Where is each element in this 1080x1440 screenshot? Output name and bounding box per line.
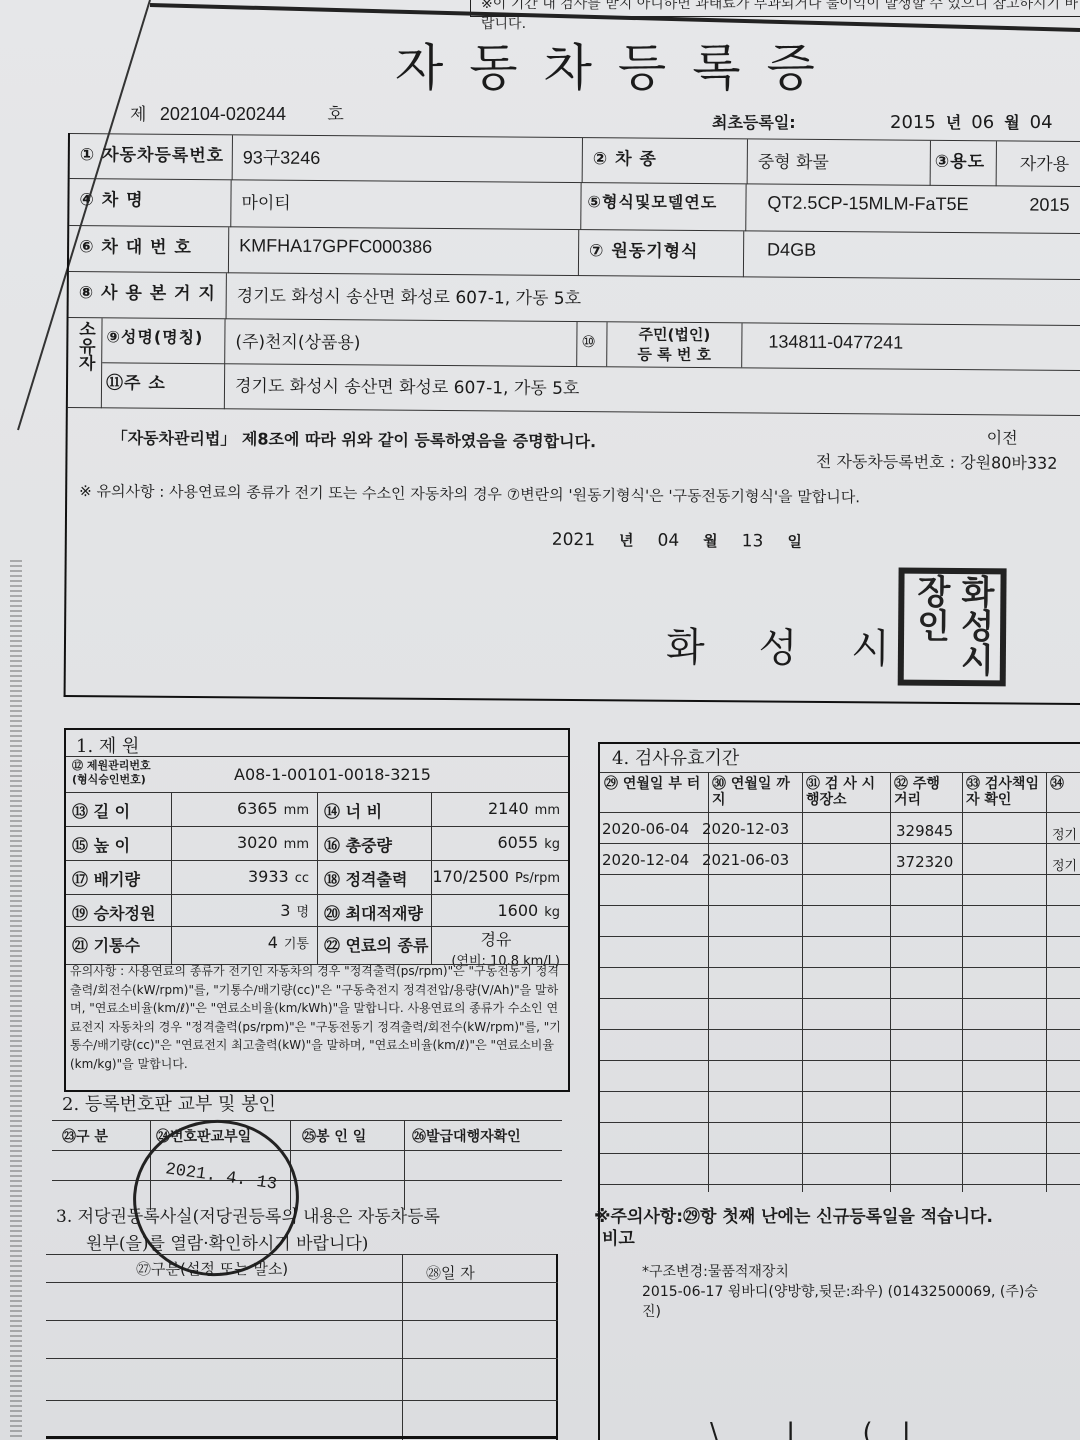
grid-line xyxy=(600,874,1080,875)
reg-suffix: 호 xyxy=(327,105,343,125)
year-unit: 년 xyxy=(946,113,961,132)
base-label: ⑧ 사 용 본 거 지 xyxy=(69,272,227,319)
inspection-title: 4. 검사유효기간 xyxy=(600,742,1080,774)
mgmt-no-label: ⑫ 제원관리번호 (형식승인번호) xyxy=(72,759,151,787)
spec-value: 170/2500Ps/rpm xyxy=(432,861,568,886)
first-reg-year: 2015 xyxy=(890,112,936,133)
registration-number: 제 202104-020244 호 xyxy=(130,100,344,125)
lien-section: 3. 저당권등록사실(저당권등록의 내용은 자동차등록 원부(을)를 열람·확인… xyxy=(46,1200,558,1440)
spec-label: ⑯ 총중량 xyxy=(318,827,432,861)
vehicle-type-label: ② 차 종 xyxy=(583,138,748,184)
plates-header: ㉖발급대행자확인 xyxy=(412,1126,521,1146)
inspection-header: ㉙ 연월일 부 터 xyxy=(604,776,704,792)
spec-label: ㉒ 연료의 종류 xyxy=(318,927,432,965)
grid-line xyxy=(600,1153,1080,1154)
grid-line xyxy=(600,905,1080,906)
spec-label: ⑱ 정격출력 xyxy=(318,861,432,895)
spec-value: 3명 xyxy=(172,895,318,927)
owner-name-value: (주)천지(상품용) xyxy=(225,319,577,366)
grid-line xyxy=(962,772,963,1192)
base-value: 경기도 화성시 송산면 화성로 607-1, 가동 5호 xyxy=(227,273,582,309)
vehicle-info-table: ① 자동차등록번호 93구3246 ② 차 종 중형 화물 ③용도 자가용 ④ … xyxy=(64,133,1080,705)
signature-scribble: \ l (l xyxy=(710,1418,940,1440)
spec-label: ⑮ 높 이 xyxy=(66,827,172,861)
spec-label: ⑰ 배기량 xyxy=(66,861,172,895)
specs-note: 유의사항 : 사용연료의 종류가 전기인 자동차의 경우 "정격출력(ps/rp… xyxy=(70,962,564,1073)
grid-line xyxy=(600,843,1080,844)
engine-value: D4GB xyxy=(757,231,816,260)
owner-id-value: 134811-0477241 xyxy=(758,323,903,353)
plates-section: 2. 등록번호판 교부 및 봉인 ㉓구 분㉔번호판교부일㉕봉 인 일㉖발급대행자… xyxy=(52,1088,562,1188)
first-reg-label: 최초등록일: xyxy=(712,110,796,133)
spec-label: ⑳ 최대적재량 xyxy=(318,895,432,927)
inspection-note: ※주의사항:㉙항 첫째 난에는 신규등록일을 적습니다. xyxy=(594,1202,993,1227)
spec-label: ⑬ 길 이 xyxy=(66,793,172,827)
grid-line xyxy=(600,812,1080,813)
owner-id-label: 주민(법인) 등 록 번 호 xyxy=(607,322,742,367)
specs-title: 1. 제 원 xyxy=(66,730,568,756)
model-year-value: 2015 xyxy=(1019,186,1069,215)
grid-line xyxy=(600,1029,1080,1030)
inspection-from: 2020-06-04 xyxy=(602,820,689,838)
use-label: ③용도 xyxy=(931,141,997,187)
spec-label: ㉑ 기통수 xyxy=(66,927,172,965)
inspection-header: ㉞ xyxy=(1050,776,1080,792)
spec-label: ⑭ 너 비 xyxy=(318,793,432,827)
grid-line xyxy=(1046,772,1047,1192)
reg-no-label: ① 자동차등록번호 xyxy=(70,134,233,180)
toner-edge xyxy=(10,560,22,1440)
reg-prefix: 제 xyxy=(130,105,146,125)
vehicle-type-value: 중형 화물 xyxy=(748,139,931,185)
lien-title-1: 3. 저당권등록사실(저당권등록의 내용은 자동차등록 xyxy=(46,1200,558,1227)
vehicle-name-label: ④ 차 명 xyxy=(69,179,231,227)
official-seal-icon: 화성시장인 xyxy=(898,568,1007,687)
lien-title-2: 원부(을)를 열람·확인하시기 바랍니다) xyxy=(46,1227,558,1254)
vin-label: ⑥ 차 대 번 호 xyxy=(69,226,229,273)
caution-note: ※ 유의사항 : 사용연료의 종류가 전기 또는 수소인 자동차의 경우 ⑦변란… xyxy=(79,480,860,507)
spec-value: 3020mm xyxy=(172,827,318,861)
reg-number-value: 202104-020244 xyxy=(160,104,286,124)
month-unit: 월 xyxy=(1004,113,1019,132)
vehicle-name-value: 마이티 xyxy=(231,180,581,230)
model-value: QT2.5CP-15MLM-FaT5E xyxy=(757,184,968,215)
engine-label: ⑦ 원동기형식 xyxy=(579,230,744,277)
grid-line xyxy=(890,772,891,1192)
inspection-mileage: 329845 xyxy=(896,822,953,840)
lien-header-type: ㉗구분(설정 또는 말소) xyxy=(136,1258,288,1279)
previous-reg-number: 전 자동차등록번호 : 강원80바332 xyxy=(816,449,1058,474)
row-owner: 소유자 ⑨성명(명칭) (주)천지(상품용) ⑩ 주민(법인) 등 록 번 호 … xyxy=(68,317,1080,416)
spec-row: ⑰ 배기량3933cc⑱ 정격출력170/2500Ps/rpm xyxy=(66,860,568,895)
spec-value: 6055kg xyxy=(432,827,568,852)
spec-label: ⑲ 승차정원 xyxy=(66,895,172,927)
owner-addr-label: ⑪주 소 xyxy=(102,362,225,409)
inspection-to: 2020-12-03 xyxy=(702,820,789,838)
spec-row: ㉑ 기통수4기통㉒ 연료의 종류경유(연비: 10.8 km/L) xyxy=(66,926,568,965)
spec-row: ⑲ 승차정원3명⑳ 최대적재량1600kg xyxy=(66,894,568,927)
spec-value: 3933cc xyxy=(172,861,318,895)
top-notice: ※이 기간 내 검사를 받지 아니하면 과태료가 부과되거나 불이익이 발생할 … xyxy=(470,0,1080,17)
grid-line xyxy=(600,1184,1080,1185)
inspection-kind: 정기 xyxy=(1052,855,1077,874)
inspection-to: 2021-06-03 xyxy=(702,851,789,869)
spec-value: 2140mm xyxy=(432,793,568,818)
grid-line xyxy=(600,1122,1080,1123)
document-title: 자동차등록증 xyxy=(395,28,841,100)
first-reg-month: 06 xyxy=(971,112,994,133)
lien-header-date: ㉘일 자 xyxy=(426,1262,475,1283)
grid-line xyxy=(600,967,1080,968)
plates-header: ㉓구 분 xyxy=(62,1126,108,1146)
inspection-section: 4. 검사유효기간 ㉙ 연월일 부 터㉚ 연월일 까 지㉛ 검 사 시행장소㉜ … xyxy=(598,742,1080,1440)
certification-statement: 「자동차관리법」 제8조에 따라 위와 같이 등록하였음을 증명합니다. xyxy=(112,425,597,452)
owner-name-label: ⑨성명(명칭) xyxy=(102,318,225,363)
remarks-label: 비고 xyxy=(602,1224,635,1249)
grid-line xyxy=(802,772,803,1192)
grid-line xyxy=(600,1060,1080,1061)
first-reg-day: 04 xyxy=(1030,112,1053,133)
inspection-kind: 정기 xyxy=(1052,824,1077,843)
grid-line xyxy=(600,772,1080,773)
inspection-mileage: 372320 xyxy=(896,853,953,871)
inspection-header: ㉛ 검 사 시행장소 xyxy=(806,776,886,808)
specs-table: 1. 제 원 ⑫ 제원관리번호 (형식승인번호) A08-1-00101-001… xyxy=(64,728,570,1092)
grid-line xyxy=(600,936,1080,937)
grid-line xyxy=(600,1091,1080,1092)
reg-no-value: 93구3246 xyxy=(233,135,583,183)
spec-value: 4기통 xyxy=(172,927,318,965)
transfer-label: 이전 xyxy=(987,425,1018,448)
spec-row: ⑬ 길 이6365mm⑭ 너 비2140mm xyxy=(66,792,568,827)
issue-date: 2021년04월13일 xyxy=(552,529,826,552)
inspection-from: 2020-12-04 xyxy=(602,851,689,869)
model-label: ⑤형식및모델연도 xyxy=(581,183,746,231)
spec-row: ⑮ 높 이3020mm⑯ 총중량6055kg xyxy=(66,826,568,861)
registration-certificate: ※이 기간 내 검사를 받지 아니하면 과태료가 부과되거나 불이익이 발생할 … xyxy=(0,0,1080,1440)
mgmt-no-value: A08-1-00101-0018-3215 xyxy=(234,765,431,784)
spec-value: 6365mm xyxy=(172,793,318,827)
plates-header: ㉕봉 인 일 xyxy=(302,1126,366,1146)
owner-addr-value: 경기도 화성시 송산면 화성로 607-1, 가동 5호 xyxy=(225,363,580,399)
owner-group-label: 소유자 xyxy=(68,318,103,408)
inspection-header: ㉝ 검사책임자 확인 xyxy=(966,776,1042,808)
remarks: *구조변경:물품적재장치 2015-06-17 윙바디(양방향,뒷문:좌우) (… xyxy=(642,1262,1038,1322)
owner-id-num: ⑩ xyxy=(577,322,607,366)
inspection-header: ㉚ 연월일 까 지 xyxy=(712,776,798,808)
plates-title: 2. 등록번호판 교부 및 봉인 xyxy=(52,1088,562,1116)
grid-line xyxy=(600,998,1080,999)
vin-value: KMFHA17GPFC000386 xyxy=(229,227,579,276)
spec-value: 1600kg xyxy=(432,895,568,920)
use-value: 자가용 xyxy=(1010,141,1070,174)
inspection-header: ㉜ 주행 거리 xyxy=(894,776,958,808)
first-reg-date: 2015년06월04 xyxy=(890,110,1053,133)
